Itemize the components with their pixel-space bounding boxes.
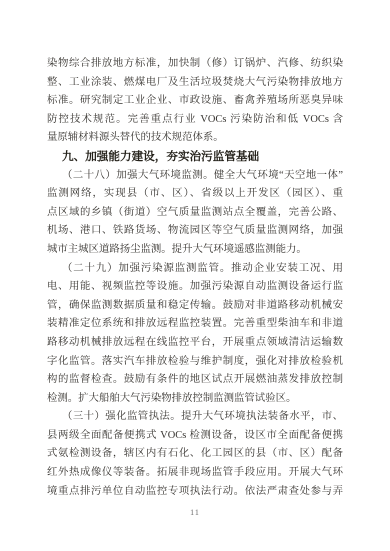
text-line: 红外热成像仪等装备。拓展非现场监管手段应用。开展大气环 — [47, 464, 343, 483]
text-line: （三十）强化监管执法。提升大气环境执法装备水平，市、 — [47, 408, 343, 427]
text-line: 字化监管。落实汽车排放检验与维护制度，强化对排放检验机 — [47, 353, 343, 372]
text-line: （二十九）加强污染源监测监管。推动企业安装工况、用 — [47, 260, 343, 279]
text-line: 管，确保监测数据质量和稳定传输。鼓励对非道路移动机械安 — [47, 297, 343, 316]
text-line: 构的监督检查。鼓励有条件的地区试点开展燃油蒸发排放控制 — [47, 371, 343, 390]
text-line: 整、工业涂装、燃煤电厂及生活垃圾焚烧大气污染物排放地方 — [47, 74, 343, 93]
text-line: 防控技术规范。完善重点行业 VOCs 污染防治和低 VOCs 含 — [47, 111, 343, 130]
text-line: 境重点排污单位自动监控专项执法行动。依法严肃查处参与弄 — [47, 483, 343, 502]
page-body: 染物综合排放地方标准，加快制（修）订锅炉、汽修、纺织染 整、工业涂装、燃煤电厂及… — [47, 55, 343, 501]
text-line: 染物综合排放地方标准，加快制（修）订锅炉、汽修、纺织染 — [47, 55, 343, 74]
text-line: 县两级全面配备便携式 VOCs 检测设备，设区市全面配备便携 — [47, 427, 343, 446]
text-line: 城市主城区道路扬尘监测。提升大气环境遥感监测能力。 — [47, 241, 343, 260]
section-heading: 九、加强能力建设，夯实治污监管基础 — [47, 148, 343, 167]
text-line: 点区域的乡镇（街道）空气质量监测站点全覆盖，完善公路、 — [47, 204, 343, 223]
text-line: 式氨检测设备，辖区内有石化、化工园区的县（市、区）配备 — [47, 445, 343, 464]
text-line: 监测网络，实现县（市、区）、省级以上开发区（园区）、重 — [47, 185, 343, 204]
document-page: 染物综合排放地方标准，加快制（修）订锅炉、汽修、纺织染 整、工业涂装、燃煤电厂及… — [0, 0, 390, 551]
text-line: 电、用能、视频监控等设施。加强污染源自动监测设备运行监 — [47, 278, 343, 297]
text-line: 标准。研究制定工业企业、市政设施、畜禽养殖场所恶臭异味 — [47, 92, 343, 111]
text-line: 路移动机械排放远程在线监控平台，开展重点领域清洁运输数 — [47, 334, 343, 353]
text-line: 量原辅材料源头替代的技术规范体系。 — [47, 129, 343, 148]
text-line: 机场、港口、铁路货场、物流园区等空气质量监测网络，加强 — [47, 222, 343, 241]
text-line: 检测。扩大船舶大气污染物排放控制监测监管试验区。 — [47, 390, 343, 409]
page-number: 11 — [0, 508, 390, 517]
text-line: （二十八）加强大气环境监测。健全大气环境“天空地一体” — [47, 167, 343, 186]
text-line: 装精准定位系统和排放远程监控装置。完善重型柴油车和非道 — [47, 315, 343, 334]
